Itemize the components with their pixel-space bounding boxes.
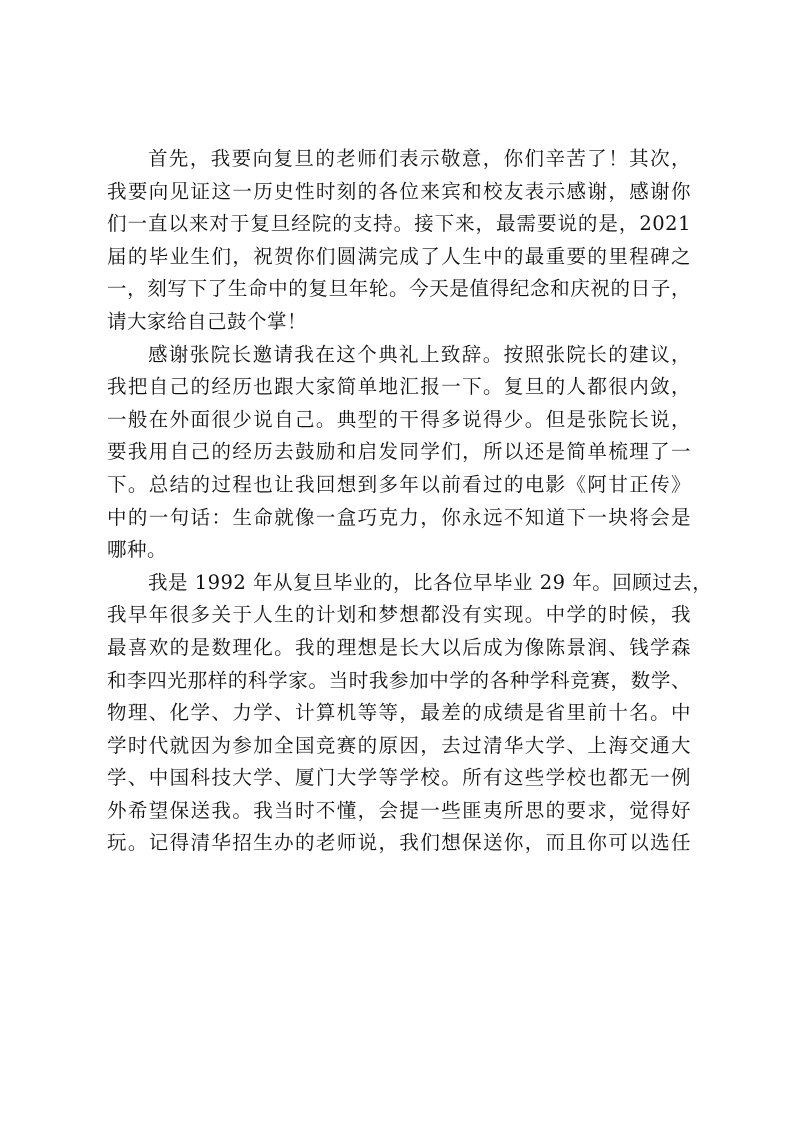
text-line: 感谢张院长邀请我在这个典礼上致辞。按照张院长的建议， [107,339,691,372]
text-line: 和李四光那样的科学家。当时我参加中学的各种学科竞赛，数学、 [107,665,691,698]
text-line: 外希望保送我。我当时不懂，会提一些匪夷所思的要求，觉得好 [107,795,691,828]
text-line: 我要向见证这一历史性时刻的各位来宾和校友表示感谢，感谢你 [107,176,691,209]
text-line: 一般在外面很少说自己。典型的干得多说得少。但是张院长说， [107,404,691,437]
text-line: 玩。记得清华招生办的老师说，我们想保送你，而且你可以选任 [107,827,691,860]
text-line: 最喜欢的是数理化。我的理想是长大以后成为像陈景润、钱学森 [107,632,691,665]
paragraph-2: 感谢张院长邀请我在这个典礼上致辞。按照张院长的建议， 我把自己的经历也跟大家简单… [107,339,691,567]
text-line: 届的毕业生们，祝贺你们圆满完成了人生中的最重要的里程碑之 [107,241,691,274]
paragraph-1: 首先，我要向复旦的老师们表示敬意，你们辛苦了！其次， 我要向见证这一历史性时刻的… [107,143,691,339]
text-line: 一，刻写下了生命中的复旦年轮。今天是值得纪念和庆祝的日子， [107,273,691,306]
text-line: 我把自己的经历也跟大家简单地汇报一下。复旦的人都很内敛， [107,371,691,404]
text-line: 我早年很多关于人生的计划和梦想都没有实现。中学的时候，我 [107,599,691,632]
text-line: 中的一句话：生命就像一盒巧克力，你永远不知道下一块将会是 [107,502,691,535]
text-line: 学、中国科技大学、厦门大学等学校。所有这些学校也都无一例 [107,762,691,795]
text-line: 要我用自己的经历去鼓励和启发同学们，所以还是简单梳理了一 [107,436,691,469]
paragraph-3: 我是 1992 年从复旦毕业的，比各位早毕业 29 年。回顾过去， 我早年很多关… [107,567,691,860]
text-line: 物理、化学、力学、计算机等等，最差的成绩是省里前十名。中 [107,697,691,730]
text-line: 学时代就因为参加全国竞赛的原因，去过清华大学、上海交通大 [107,730,691,763]
document-page: 首先，我要向复旦的老师们表示敬意，你们辛苦了！其次， 我要向见证这一历史性时刻的… [107,143,691,860]
text-line: 们一直以来对于复旦经院的支持。接下来，最需要说的是，2021 [107,208,691,241]
text-line: 请大家给自己鼓个掌！ [107,306,691,339]
text-line: 下。总结的过程也让我回想到多年以前看过的电影《阿甘正传》 [107,469,691,502]
text-line: 我是 1992 年从复旦毕业的，比各位早毕业 29 年。回顾过去， [107,567,691,600]
text-line: 哪种。 [107,534,691,567]
text-line: 首先，我要向复旦的老师们表示敬意，你们辛苦了！其次， [107,143,691,176]
